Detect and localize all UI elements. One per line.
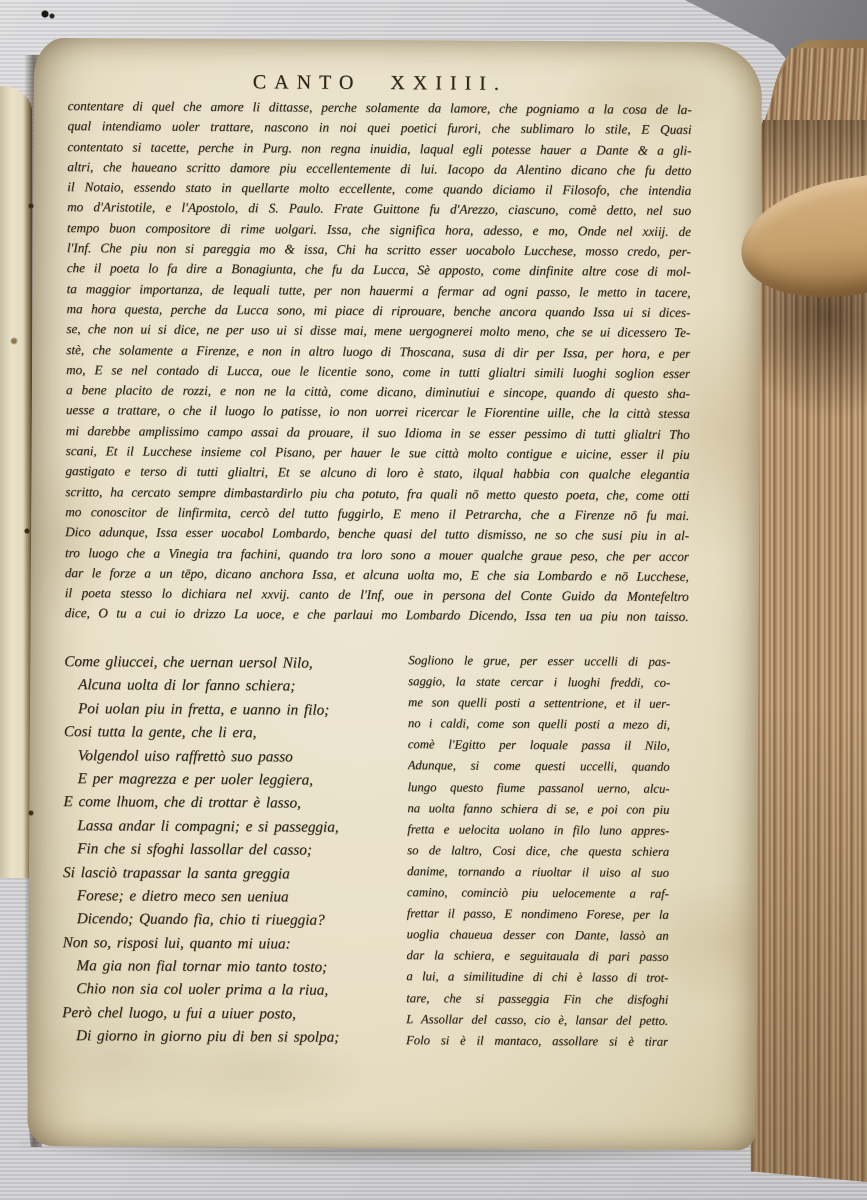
gloss-line: tare, che si passeggia Fin che disfoghi — [406, 988, 668, 1011]
gloss-column: Sogliono le grue, per esser uccelli di p… — [406, 650, 670, 1052]
canto-header: CANTO XXIIII. — [68, 70, 692, 97]
commentary-line: dice, O tu a cui io drizzo La uoce, e ch… — [65, 603, 689, 627]
gloss-line: uoglia chaueua desser con Dante, lassò a… — [407, 924, 669, 947]
gloss-line: danime, tornando a riuoltar il uiso al s… — [407, 861, 669, 884]
gloss-line: Adunque, si come questi uccelli, quando — [408, 756, 670, 779]
gloss-line: saggio, la state cercar i luoghi freddi,… — [408, 671, 670, 694]
gloss-line: camino, cominciò piu uelocemente a raf- — [407, 882, 669, 905]
gloss-line: Folo si è il mantaco, assollare si è tir… — [406, 1030, 668, 1053]
verse-line: Lassa andar li compagni; e si passeggia, — [63, 814, 408, 839]
verse-line: Come gliuccei, che uernan uersol Nilo, — [64, 650, 409, 675]
gloss-line: comè l'Egitto per loquale passa il Nilo, — [408, 735, 670, 758]
verse-line: Forese; e dietro meco sen ueniua — [63, 884, 408, 909]
gloss-line: L Assollar del casso, cio è, lansar del … — [406, 1009, 668, 1032]
verse-line: Fin che si sfoghi lassollar del casso; — [63, 837, 408, 862]
verse-line: Ma gia non fial tornar mio tanto tosto; — [62, 954, 407, 979]
verse-line: Volgendol uiso raffrettò suo passo — [64, 744, 409, 769]
verse-line: Dicendo; Quando fia, chio ti riueggia? — [63, 907, 408, 932]
book-photo: CANTO XXIIII. contentare di quel che amo… — [0, 0, 867, 1200]
verse-line: Chio non sia col uoler prima a la riua, — [62, 978, 407, 1003]
gloss-line: no i caldi, come son quelli posti a mezo… — [408, 713, 670, 736]
gloss-line: me son quelli posti a settentrione, et i… — [408, 692, 670, 715]
gloss-line: fretta e uelocita uolano in filo luno ap… — [407, 819, 669, 842]
gloss-line: dar la schiera, e seguitauala di pari pa… — [406, 945, 668, 968]
verse-line: Però chel luogo, u fui a uiuer posto, — [62, 1001, 407, 1026]
verse-line: Alcuna uolta di lor fanno schiera; — [64, 673, 409, 698]
gloss-line: Sogliono le grue, per esser uccelli di p… — [408, 650, 670, 673]
verse-column: Come gliuccei, che uernan uersol Nilo,Al… — [62, 650, 409, 1050]
gloss-line: a lui, a similitudine di chi è lasso di … — [406, 967, 668, 990]
verse-line: Di giorno in giorno piu di ben si spolpa… — [62, 1024, 407, 1049]
verse-line: E per magrezza e per uoler leggiera, — [64, 767, 409, 792]
gloss-line: lungo questo fiume passanol uerno, alcu- — [407, 777, 669, 800]
gloss-line: so de laltro, Cosi dice, che questa schi… — [407, 840, 669, 863]
verse-line: Si lasciò trapassar la santa greggia — [63, 861, 408, 886]
verse-line: Poi uolan piu in fretta, e uanno in filo… — [64, 697, 409, 722]
commentary-block: contentare di quel che amore li dittasse… — [65, 96, 692, 628]
gloss-line: na uolta fanno schiera di se, e poi con … — [407, 798, 669, 821]
book-page: CANTO XXIIII. contentare di quel che amo… — [27, 38, 762, 1150]
verse-line: E come lhuom, che di trottar è lasso, — [63, 790, 408, 815]
verse-line: Non so, risposi lui, quanto mi uiua: — [63, 931, 408, 956]
verse-line: Cosi tutta la gente, che li era, — [64, 720, 409, 745]
gloss-line: frettar il passo, E nondimeno Forese, pe… — [407, 903, 669, 926]
